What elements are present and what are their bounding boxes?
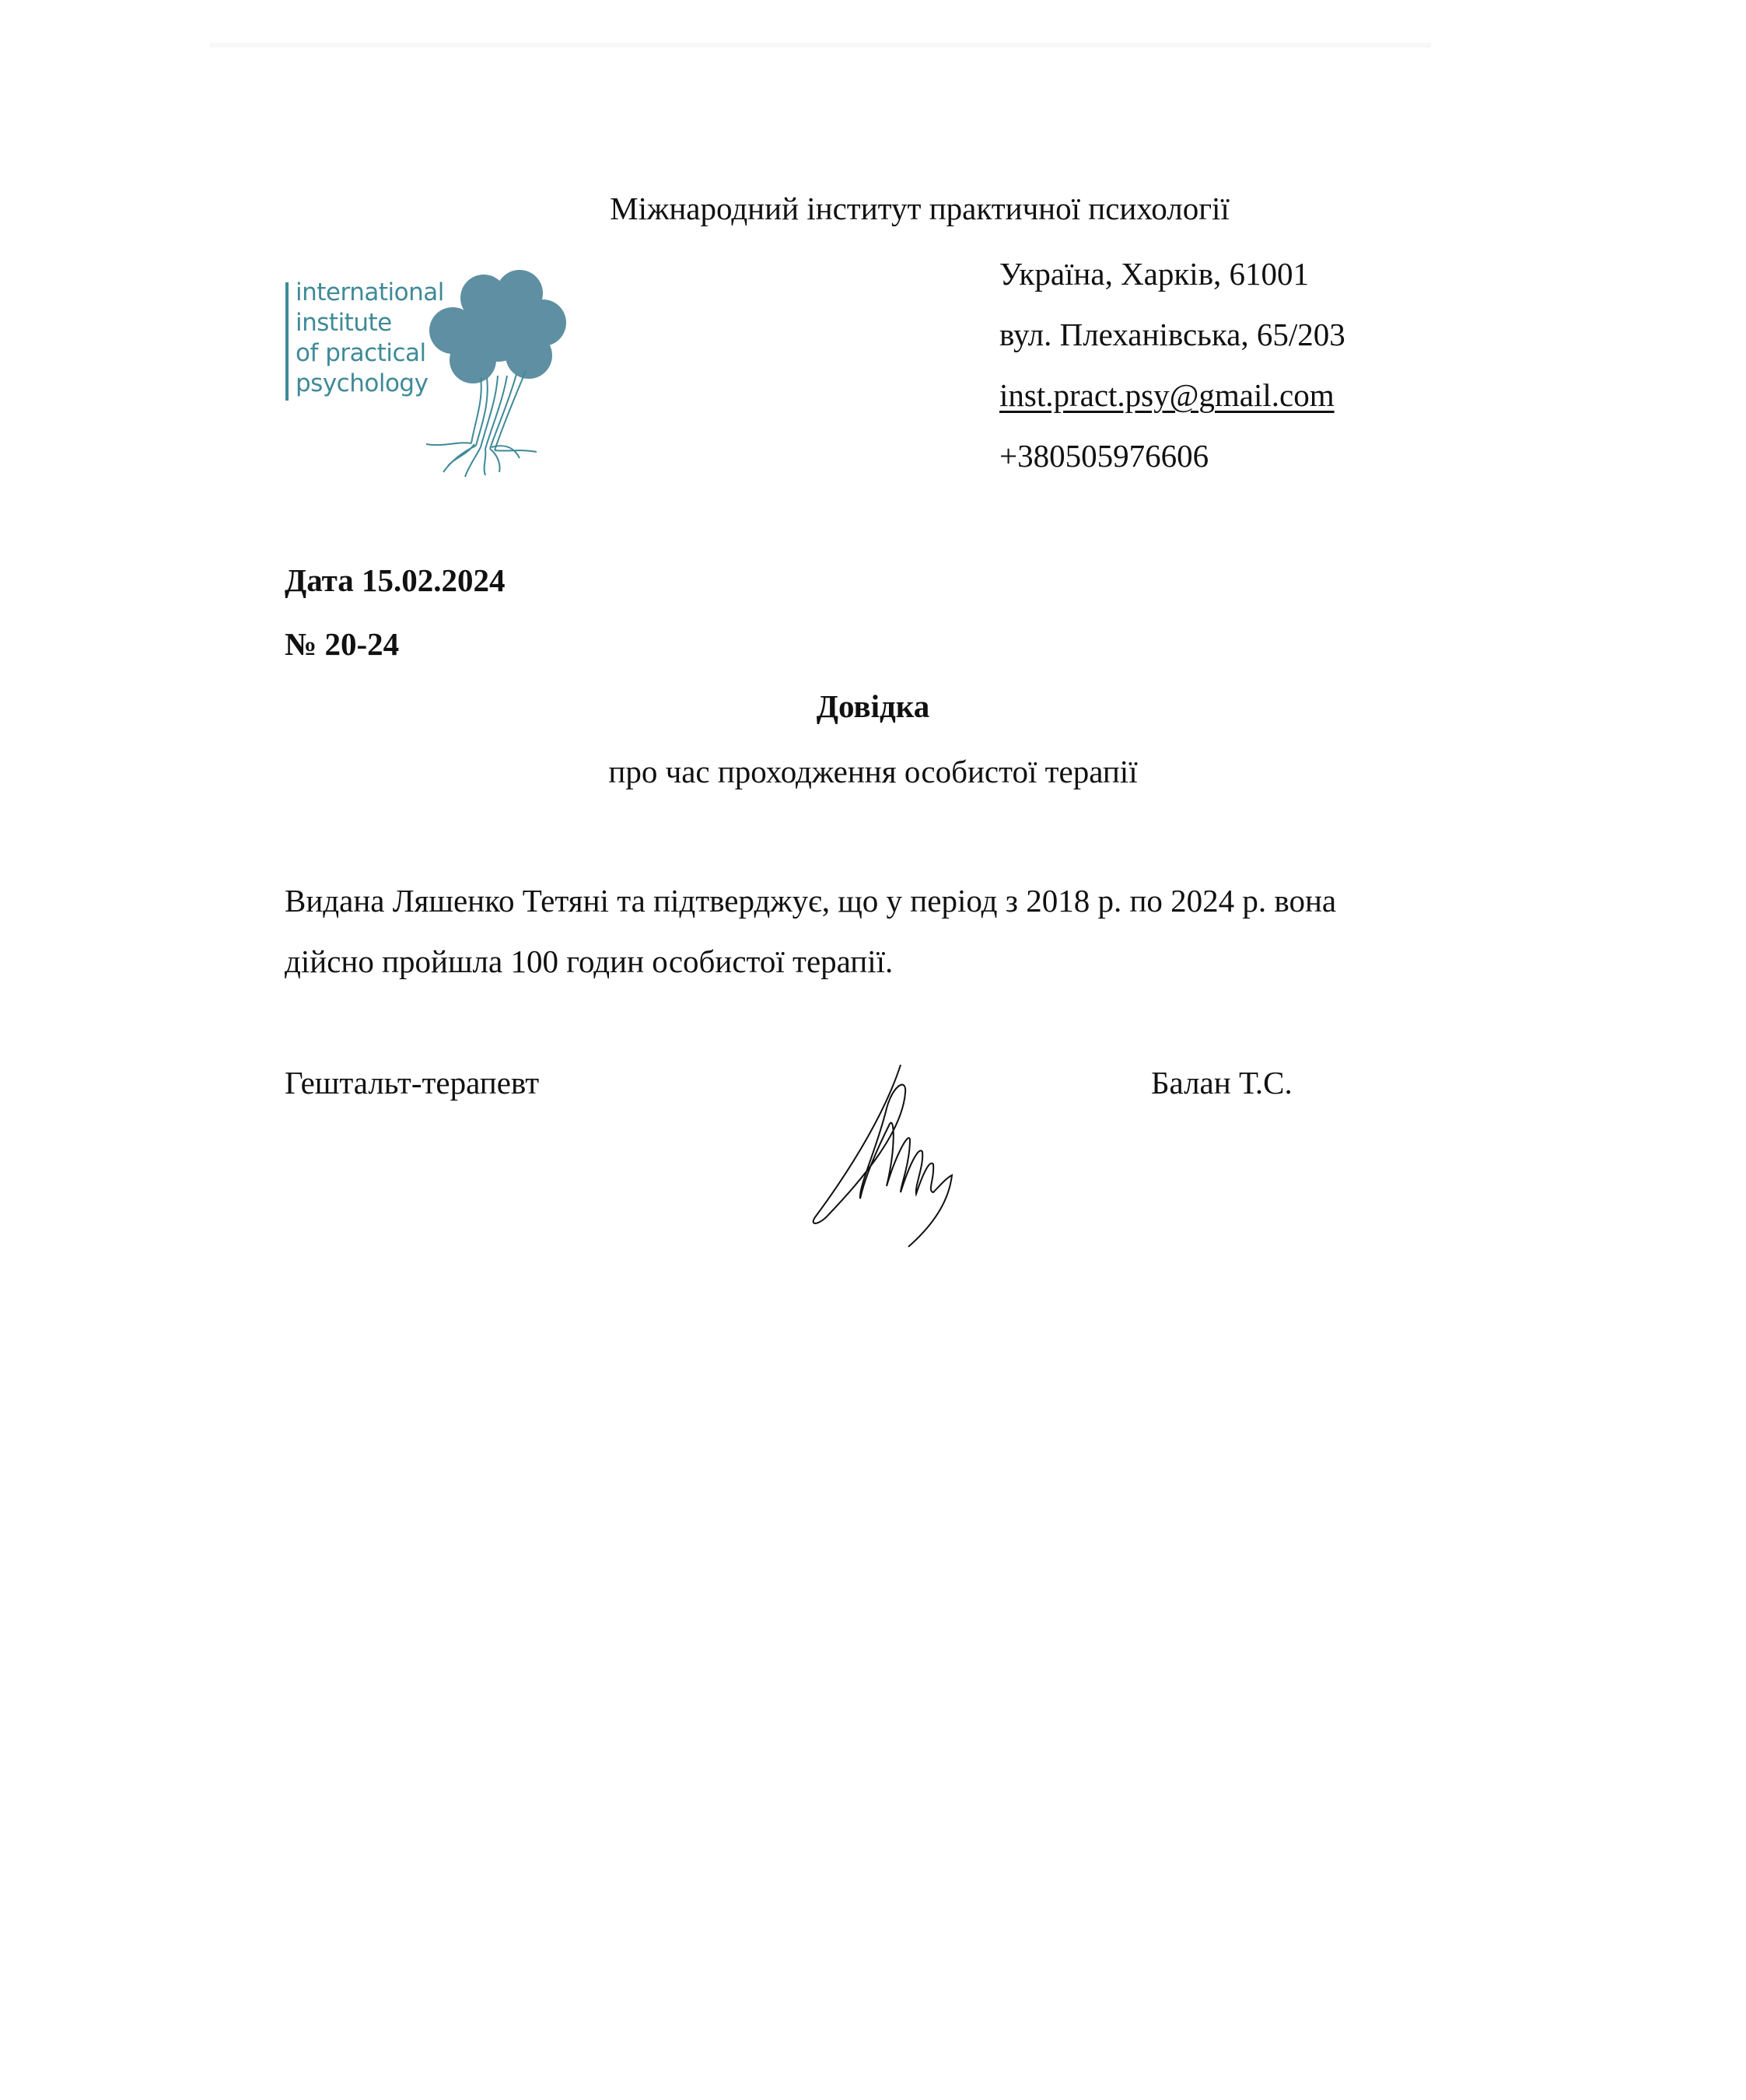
tree-logo-icon [420,268,583,478]
phone-number: +380505976606 [999,440,1209,472]
document-subtitle: про час проходження особистої терапії [0,756,1746,788]
logo-bar [285,282,289,401]
document-number: № 20-24 [285,628,399,660]
document-title: Довідка [0,691,1746,723]
institute-logo: international institute of practical psy… [282,268,577,478]
handwritten-signature-icon [809,1062,980,1248]
email-link[interactable]: inst.pract.psy@gmail.com [999,380,1335,411]
body-text-line-2: дійсно пройшла 100 годин особистої терап… [285,946,893,978]
signer-position: Гештальт-терапевт [285,1067,539,1099]
document-date: Дата 15.02.2024 [285,565,506,597]
institute-name: Міжнародний інститут практичної психолог… [0,193,1746,225]
body-text-line-1: Видана Ляшенко Тетяні та підтверджує, що… [285,885,1336,917]
signer-name: Балан Т.С. [1151,1067,1293,1099]
page-top-edge [210,43,1431,47]
address-city-line: Україна, Харків, 61001 [999,258,1309,290]
address-street-line: вул. Плеханівська, 65/203 [999,319,1345,351]
